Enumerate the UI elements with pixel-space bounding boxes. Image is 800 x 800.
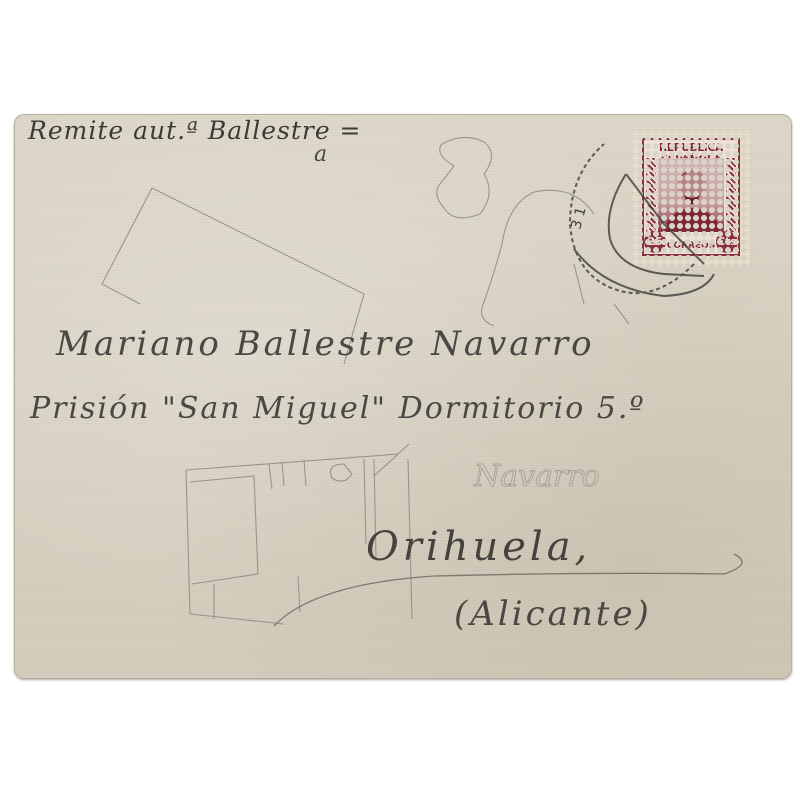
sender-note-sub: a <box>314 142 328 167</box>
postmark-date: 3 1 <box>568 205 589 231</box>
stamp-frame: REPUBLICA ESPAÑOLA 25 CORREOS Cts <box>642 138 740 256</box>
recipient-city: Orihuela, <box>366 524 591 570</box>
caricature-head-sketch <box>437 137 492 217</box>
postage-stamp: REPUBLICA ESPAÑOLA 25 CORREOS Cts <box>632 130 750 266</box>
stamp-denomination: 25 <box>644 231 666 253</box>
sender-note: Remite aut.ª Ballestre = <box>28 116 362 145</box>
stamp-unit: Cts <box>716 231 738 253</box>
stamp-service: CORREOS <box>666 241 716 251</box>
recipient-name: Mariano Ballestre Navarro <box>56 324 595 364</box>
recipient-province: (Alicante) <box>454 594 652 634</box>
recipient-address-line: Prisión "San Miguel" Dormitorio 5.º <box>30 391 646 426</box>
stamp-portrait <box>658 158 724 232</box>
envelope: Navarro Remite aut.ª Ballestre = a Maria… <box>14 114 792 679</box>
pencil-note: Navarro <box>473 459 600 494</box>
profile-face-sketch <box>482 190 629 326</box>
stamp-border-left <box>646 158 656 232</box>
portrait-icon <box>658 158 724 232</box>
stamp-border-right <box>726 158 736 232</box>
